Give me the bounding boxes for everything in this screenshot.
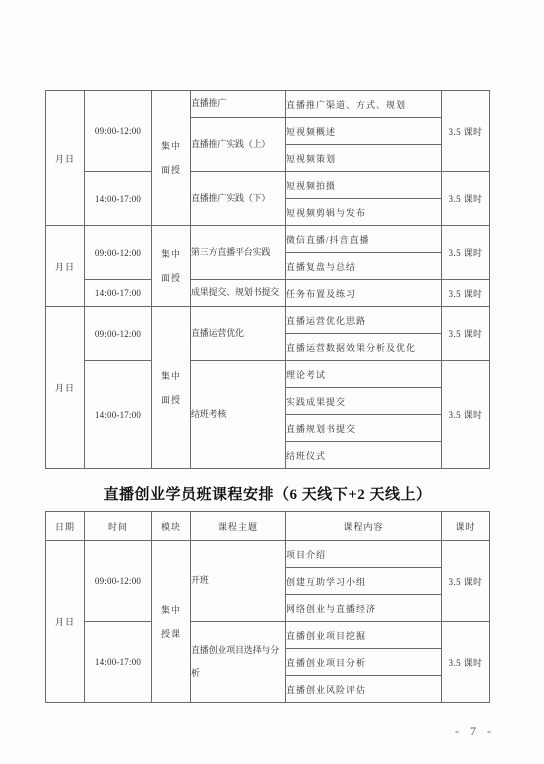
date-cell: 月日	[46, 91, 85, 226]
date-cell: 月日	[46, 541, 85, 703]
date-cell: 月日	[46, 226, 85, 307]
module-line: 面授	[152, 388, 190, 412]
topic-cell: 开班	[191, 541, 286, 622]
topic-cell: 第三方直播平台实践	[191, 226, 286, 280]
hours-cell: 3.5 课时	[442, 361, 490, 469]
module-line: 集中	[152, 598, 190, 622]
module-cell: 集中 面授	[152, 307, 191, 469]
time-cell: 14:00-17:00	[85, 622, 152, 703]
topic-cell: 直播推广实践（上）	[191, 118, 286, 172]
course-schedule-table-startup-class: 日期 时间 模块 课程主题 课程内容 课时 月日 09:00-12:00 集中 …	[45, 511, 490, 703]
time-cell: 14:00-17:00	[85, 172, 152, 226]
module-cell: 集中 授课	[152, 541, 191, 703]
header-cell-hours: 课时	[442, 512, 490, 541]
document-page: 月日 09:00-12:00 集中 面授 直播推广 直播推广渠道、方式、规划 3…	[0, 0, 544, 764]
content-cell: 直播创业项目挖掘	[286, 622, 442, 649]
header-cell-date: 日期	[46, 512, 85, 541]
topic-cell: 直播推广实践（下）	[191, 172, 286, 226]
course-schedule-table-continued: 月日 09:00-12:00 集中 面授 直播推广 直播推广渠道、方式、规划 3…	[45, 90, 490, 469]
content-cell: 直播运营优化思路	[286, 307, 442, 334]
time-cell: 09:00-12:00	[85, 91, 152, 172]
hours-cell: 3.5 课时	[442, 307, 490, 361]
content-cell: 直播复盘与总结	[286, 253, 442, 280]
content-cell: 短视频拍摄	[286, 172, 442, 199]
module-line: 集中	[152, 364, 190, 388]
time-cell: 14:00-17:00	[85, 280, 152, 307]
module-line: 面授	[152, 266, 190, 290]
content-cell: 直播运营数据效果分析及优化	[286, 334, 442, 361]
module-line: 授课	[152, 622, 190, 646]
header-cell-module: 模块	[152, 512, 191, 541]
topic-cell: 成果提交、规划书提交	[191, 280, 286, 307]
hours-cell: 3.5 课时	[442, 226, 490, 280]
content-cell: 短视频策划	[286, 145, 442, 172]
module-line: 集中	[152, 242, 190, 266]
time-cell: 09:00-12:00	[85, 541, 152, 622]
content-cell: 任务布置及练习	[286, 280, 442, 307]
time-cell: 09:00-12:00	[85, 307, 152, 361]
content-cell: 短视频剪辑与发布	[286, 199, 442, 226]
content-cell: 直播创业风险评估	[286, 676, 442, 703]
hours-cell: 3.5 课时	[442, 172, 490, 226]
module-line: 面授	[152, 158, 190, 182]
content-cell: 直播创业项目分析	[286, 649, 442, 676]
content-cell: 短视频概述	[286, 118, 442, 145]
module-line: 集中	[152, 134, 190, 158]
content-cell: 实践成果提交	[286, 388, 442, 415]
content-cell: 直播规划书提交	[286, 415, 442, 442]
content-cell: 理论考试	[286, 361, 442, 388]
module-cell: 集中 面授	[152, 91, 191, 226]
table-title: 直播创业学员班课程安排（6 天线下+2 天线上）	[45, 483, 490, 504]
time-cell: 14:00-17:00	[85, 361, 152, 469]
time-cell: 09:00-12:00	[85, 226, 152, 280]
header-cell-topic: 课程主题	[191, 512, 286, 541]
content-cell: 微信直播/抖音直播	[286, 226, 442, 253]
hours-cell: 3.5 课时	[442, 280, 490, 307]
hours-cell: 3.5 课时	[442, 622, 490, 703]
header-cell-content: 课程内容	[286, 512, 442, 541]
date-cell: 月日	[46, 307, 85, 469]
topic-cell: 直播创业项目选择与分析	[191, 622, 286, 703]
content-cell: 直播推广渠道、方式、规划	[286, 91, 442, 118]
topic-cell: 直播运营优化	[191, 307, 286, 361]
content-cell: 创建互助学习小组	[286, 568, 442, 595]
topic-cell: 结班考核	[191, 361, 286, 469]
hours-cell: 3.5 课时	[442, 91, 490, 172]
content-cell: 结班仪式	[286, 442, 442, 469]
content-cell: 网络创业与直播经济	[286, 595, 442, 622]
content-cell: 项目介绍	[286, 541, 442, 568]
page-number: - 7 -	[435, 724, 515, 739]
module-cell: 集中 面授	[152, 226, 191, 307]
hours-cell: 3.5 课时	[442, 541, 490, 622]
topic-cell: 直播推广	[191, 91, 286, 118]
header-cell-time: 时间	[85, 512, 152, 541]
